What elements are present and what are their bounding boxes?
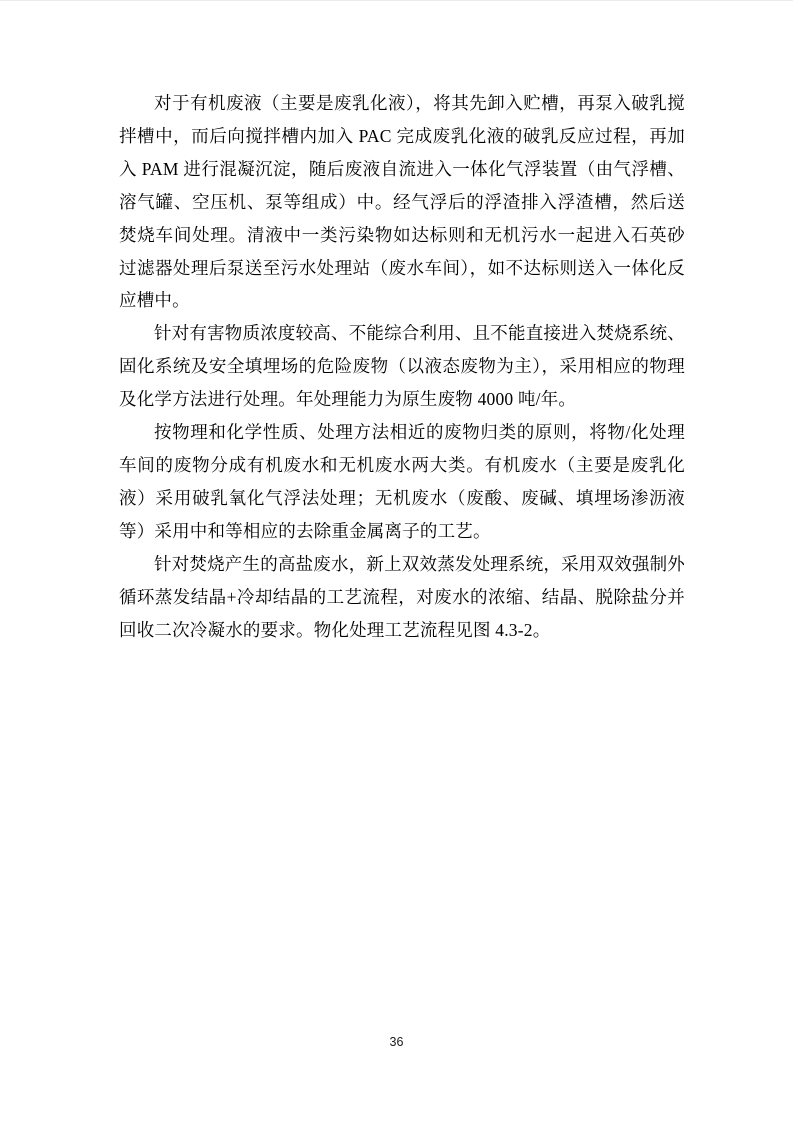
page-number: 36 [0,1034,793,1050]
page-body-text: 对于有机废液（主要是废乳化液），将其先卸入贮槽，再泵入破乳搅拌槽中，而后向搅拌槽… [119,87,685,646]
paragraph: 对于有机废液（主要是废乳化液），将其先卸入贮槽，再泵入破乳搅拌槽中，而后向搅拌槽… [119,87,685,317]
paragraph: 针对焚烧产生的高盐废水，新上双效蒸发处理系统，采用双效强制外循环蒸发结晶+冷却结… [119,548,685,647]
document-page: 对于有机废液（主要是废乳化液），将其先卸入贮槽，再泵入破乳搅拌槽中，而后向搅拌槽… [0,0,793,1122]
paragraph: 针对有害物质浓度较高、不能综合利用、且不能直接进入焚烧系统、固化系统及安全填埋场… [119,317,685,416]
paragraph: 按物理和化学性质、处理方法相近的废物归类的原则，将物/化处理车间的废物分成有机废… [119,416,685,548]
